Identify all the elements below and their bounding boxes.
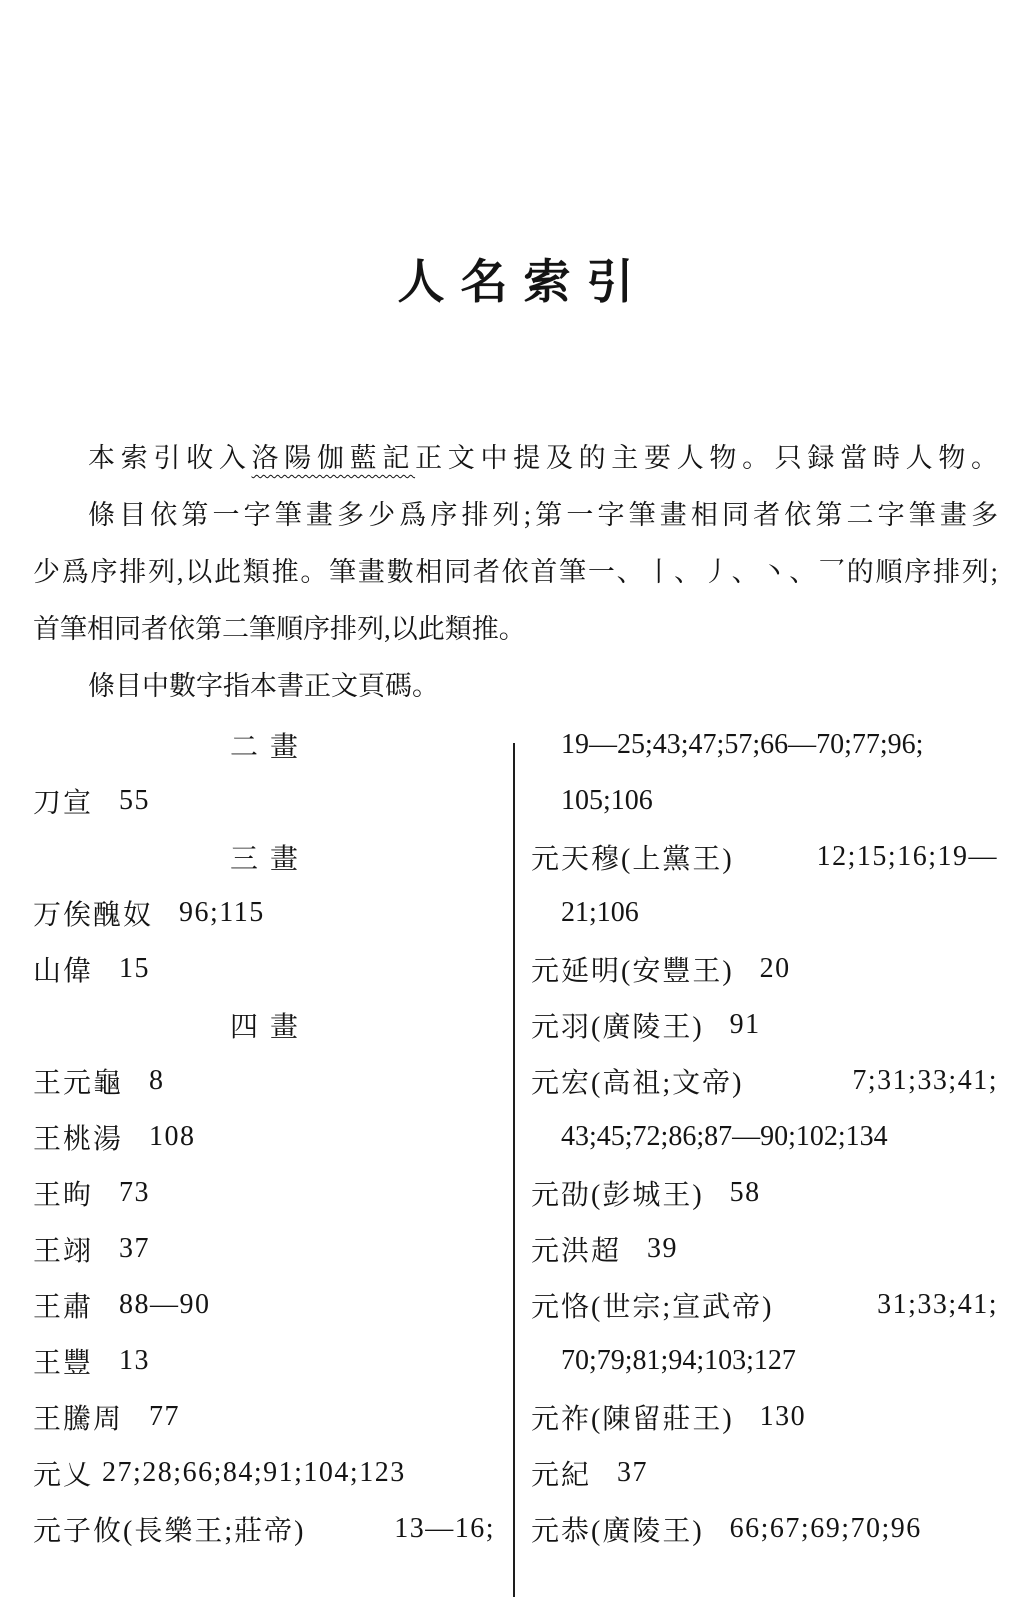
intro-paragraph-2-line-2: 少爲序排列,以此類推。筆畫數相同者依首筆一、丨、丿、丶、乛的順序排列; [33,544,998,601]
index-entry: 山偉15 [33,941,495,997]
intro-section: 本索引收入洛陽伽藍記正文中提及的主要人物。只録當時人物。 條目依第一字筆畫多少爲… [33,430,998,715]
entry-person-name: 元劭(彭城王) [531,1173,704,1213]
index-entry: 刀宣55 [33,773,495,829]
index-entry: 元延明(安豐王)20 [531,941,998,997]
entry-person-name: 元恪(世宗;宣武帝) [531,1285,773,1325]
index-entry: 王豐13 [33,1333,495,1389]
index-entry: 元恪(世宗;宣武帝)31;33;41; [531,1277,998,1333]
entry-person-name: 刀宣 [33,781,93,821]
entry-page-numbers: 37 [119,1233,150,1265]
stroke-count-section-header: 二畫 [33,717,495,773]
entry-page-numbers: 12;15;16;19— [817,841,998,873]
intro-paragraph-2-line-1: 條目依第一字筆畫多少爲序排列;第一字筆畫相同者依第二字筆畫多 [33,487,998,544]
entry-page-numbers: 39 [647,1233,678,1265]
entry-person-name: 王桃湯 [33,1117,123,1157]
entry-person-name: 王肅 [33,1285,93,1325]
entry-page-numbers: 37 [617,1457,648,1489]
index-entry: 元紀37 [531,1445,998,1501]
intro-p1-before: 本索引收入 [88,443,252,473]
entry-person-name: 元延明(安豐王) [531,949,734,989]
entry-page-numbers: 88—90 [119,1289,211,1321]
intro-paragraph-1: 本索引收入洛陽伽藍記正文中提及的主要人物。只録當時人物。 [33,430,998,487]
entry-person-name: 元子攸(長樂王;莊帝) [33,1509,305,1549]
entry-page-numbers: 13 [119,1345,150,1377]
entry-person-name: 王昫 [33,1173,93,1213]
index-entry: 元子攸(長樂王;莊帝)13—16; [33,1501,495,1557]
index-entry: 王肅88—90 [33,1277,495,1333]
index-entry: 王騰周77 [33,1389,495,1445]
entry-page-numbers: 8 [149,1065,165,1097]
entry-person-name: 王騰周 [33,1397,123,1437]
intro-paragraph-2-line-3: 首筆相同者依第二筆順序排列,以此類推。 [33,601,998,658]
intro-paragraph-3: 條目中數字指本書正文頁碼。 [33,658,998,715]
index-entry: 王昫73 [33,1165,495,1221]
index-entry: 元洪超39 [531,1221,998,1277]
entry-page-numbers: 20 [760,953,791,985]
entry-person-name: 元紀 [531,1453,591,1493]
entry-person-name: 王豐 [33,1341,93,1381]
entry-pages-continuation: 105;106 [531,773,998,829]
entry-person-name: 万俟醜奴 [33,893,153,933]
stroke-count-section-header: 三畫 [33,829,495,885]
entry-page-numbers: 58 [730,1177,761,1209]
index-entry: 王元龜8 [33,1053,495,1109]
entry-person-name: 元乂 [33,1453,93,1493]
book-title-wavy-underline: 洛陽伽藍記 [252,443,416,473]
index-entry: 万俟醜奴96;115 [33,885,495,941]
entry-page-numbers: 108 [149,1121,196,1153]
entry-page-numbers: 77 [149,1401,180,1433]
entry-person-name: 元宏(高祖;文帝) [531,1061,743,1101]
entry-page-numbers: 27;28;66;84;91;104;123 [102,1457,406,1489]
entry-person-name: 元恭(廣陵王) [531,1509,704,1549]
index-entry: 元劭(彭城王)58 [531,1165,998,1221]
entry-pages-continuation: 21;106 [531,885,998,941]
index-entry: 元祚(陳留莊王)130 [531,1389,998,1445]
entry-person-name: 元天穆(上黨王) [531,837,734,877]
page-title: 人名索引 [33,248,998,318]
index-entry: 元宏(高祖;文帝)7;31;33;41; [531,1053,998,1109]
entry-page-numbers: 13—16; [394,1513,495,1545]
stroke-count-section-header: 四畫 [33,997,495,1053]
index-column-left: 二畫刀宣55三畫万俟醜奴96;115山偉15四畫王元龜8王桃湯108王昫73王翊… [33,717,513,1557]
index-entry: 元羽(廣陵王)91 [531,997,998,1053]
index-entry: 元乂27;28;66;84;91;104;123 [33,1445,495,1501]
index-entry: 元恭(廣陵王)66;67;69;70;96 [531,1501,998,1557]
entry-page-numbers: 31;33;41; [877,1289,998,1321]
entry-page-numbers: 96;115 [179,897,265,929]
entry-page-numbers: 55 [119,785,150,817]
entry-person-name: 山偉 [33,949,93,989]
entry-person-name: 元羽(廣陵王) [531,1005,704,1045]
index-entry: 元天穆(上黨王)12;15;16;19— [531,829,998,885]
entry-person-name: 王翊 [33,1229,93,1269]
entry-page-numbers: 7;31;33;41; [852,1065,998,1097]
entry-page-numbers: 66;67;69;70;96 [730,1513,922,1545]
entry-person-name: 王元龜 [33,1061,123,1101]
entry-page-numbers: 91 [730,1009,761,1041]
entry-page-numbers: 130 [760,1401,807,1433]
index-entry: 王翊37 [33,1221,495,1277]
intro-p1-after: 正文中提及的主要人物。只録當時人物。 [415,443,998,473]
entry-pages-continuation: 43;45;72;86;87—90;102;134 [531,1109,998,1165]
entry-page-numbers: 15 [119,953,150,985]
book-index-page: 人名索引 本索引收入洛陽伽藍記正文中提及的主要人物。只録當時人物。 條目依第一字… [0,0,1031,1621]
entry-pages-continuation: 19—25;43;47;57;66—70;77;96; [531,717,998,773]
index-column-right: 19—25;43;47;57;66—70;77;96;105;106元天穆(上黨… [515,717,998,1557]
index-entry: 王桃湯108 [33,1109,495,1165]
entry-person-name: 元洪超 [531,1229,621,1269]
entry-page-numbers: 73 [119,1177,150,1209]
entry-person-name: 元祚(陳留莊王) [531,1397,734,1437]
entry-pages-continuation: 70;79;81;94;103;127 [531,1333,998,1389]
index-two-columns: 二畫刀宣55三畫万俟醜奴96;115山偉15四畫王元龜8王桃湯108王昫73王翊… [33,717,998,1557]
